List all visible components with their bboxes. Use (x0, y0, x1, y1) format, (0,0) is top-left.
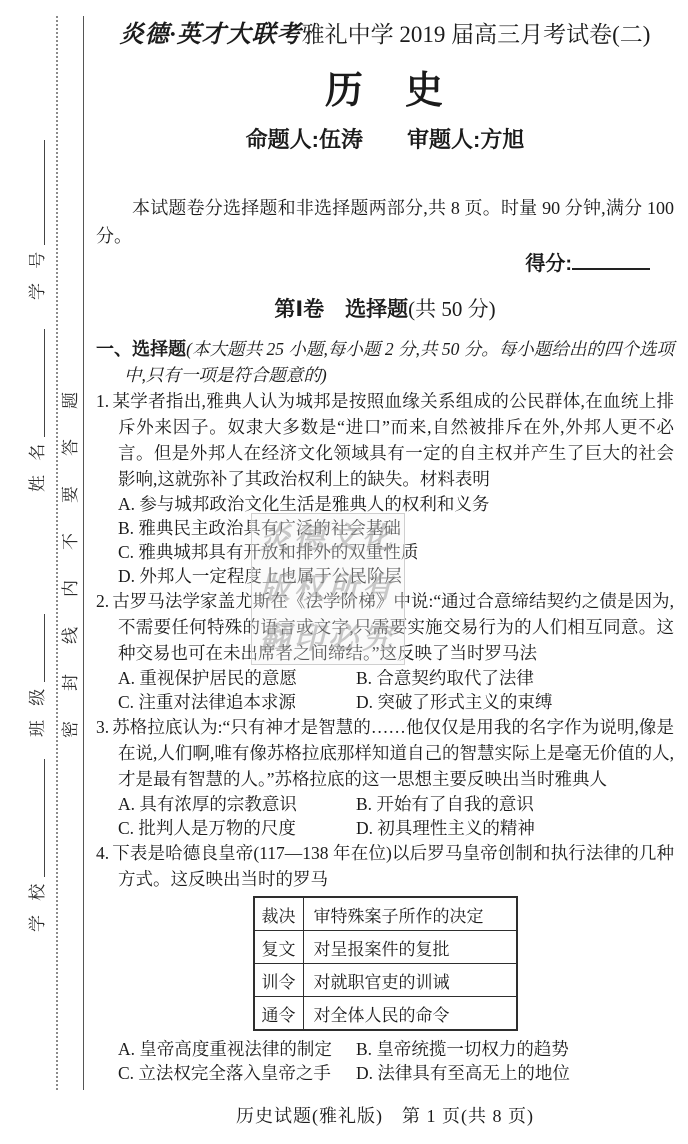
seal-dotted-line (56, 16, 58, 1090)
option-item: A. 重视保护居民的意愿 (118, 666, 356, 690)
margin-field-student-id: 学 号 (26, 140, 50, 300)
table-cell: 对全体人民的命令 (303, 997, 517, 1031)
table-cell: 通令 (254, 997, 304, 1031)
question-stem: 2.古罗马法学家盖尤斯在《法学阶梯》中说:“通过合意缔结契约之债是因为,不需要任… (96, 588, 674, 666)
section-title-bold: 第Ⅰ卷 选择题 (274, 298, 408, 321)
option-item: D. 突破了形式主义的束缚 (356, 690, 674, 714)
table-cell: 训令 (254, 964, 304, 997)
option-item: C. 注重对法律追本求源 (118, 690, 356, 714)
question-number: 3. (96, 717, 109, 737)
exam-page: 学 号 姓 名 班 级 学 校 密封线内不要答题 炎德文化 版权所有 翻印必究 … (0, 0, 688, 1144)
table-row: 训令 对就职官吏的训诫 (254, 964, 517, 997)
question-block-heading: 一、选择题(本大题共 25 小题,每小题 2 分,共 50 分。每小题给出的四个… (96, 336, 674, 388)
question-number: 2. (96, 591, 109, 611)
option-item: D. 初具理性主义的精神 (356, 816, 674, 840)
exam-content: 炎德·英才大联考雅礼中学 2019 届高三月考试卷(二) 历 史 命题人:伍涛 … (96, 0, 674, 1085)
question-stem: 1.某学者指出,雅典人认为城邦是按照血缘关系组成的公民群体,在血统上排斥外来因子… (96, 388, 674, 492)
question-options: A. 参与城邦政治文化生活是雅典人的权利和义务 B. 雅典民主政治具有广泛的社会… (96, 492, 674, 588)
page-border-line (83, 16, 84, 1090)
option-item: C. 雅典城邦具有开放和排外的双重性质 (118, 540, 674, 564)
exam-series-title: 炎德·英才大联考雅礼中学 2019 届高三月考试卷(二) (96, 18, 674, 52)
question-text: 某学者指出,雅典人认为城邦是按照血缘关系组成的公民群体,在血统上排斥外来因子。奴… (112, 391, 674, 489)
subject-title: 历 史 (96, 68, 674, 114)
option-item: C. 批判人是万物的尺度 (118, 816, 356, 840)
question-2: 2.古罗马法学家盖尤斯在《法学阶梯》中说:“通过合意缔结契约之债是因为,不需要任… (96, 588, 674, 714)
table-cell: 审特殊案子所作的决定 (303, 897, 517, 931)
table-row: 复文 对呈报案件的复批 (254, 931, 517, 964)
question-options: A. 具有浓厚的宗教意识 B. 开始有了自我的意识 C. 批判人是万物的尺度 D… (96, 792, 674, 840)
option-item: A. 具有浓厚的宗教意识 (118, 792, 356, 816)
table-row: 裁决 审特殊案子所作的决定 (254, 897, 517, 931)
block-title: 一、选择题 (96, 339, 186, 359)
section-title-rest: (共 50 分) (408, 297, 496, 321)
table-cell: 裁决 (254, 897, 304, 931)
class-label: 班 级 (28, 684, 47, 737)
law-methods-table: 裁决 审特殊案子所作的决定 复文 对呈报案件的复批 训令 对就职官吏的训诫 通令… (253, 896, 518, 1031)
question-1: 1.某学者指出,雅典人认为城邦是按照血缘关系组成的公民群体,在血统上排斥外来因子… (96, 388, 674, 588)
question-3: 3.苏格拉底认为:“只有神才是智慧的……他仅仅是用我的名字作为说明,像是在说,人… (96, 714, 674, 840)
seal-notice-text: 密封线内不要答题 (59, 362, 83, 738)
student-id-label: 学 号 (28, 247, 47, 300)
brand-name: 炎德·英才大联考 (120, 22, 302, 48)
question-options: A. 皇帝高度重视法律的制定 B. 皇帝统揽一切权力的趋势 C. 立法权完全落入… (96, 1037, 674, 1085)
margin-field-class: 班 级 (26, 614, 50, 737)
option-item: A. 皇帝高度重视法律的制定 (118, 1037, 356, 1061)
page-footer: 历史试题(雅礼版) 第 1 页(共 8 页) (96, 1104, 674, 1128)
name-label: 姓 名 (28, 439, 47, 492)
table-cell: 复文 (254, 931, 304, 964)
margin-field-school: 学 校 (26, 759, 50, 932)
question-4: 4.下表是哈德良皇帝(117—138 年在位)以后罗马皇帝创制和执行法律的几种方… (96, 840, 674, 1085)
question-number: 1. (96, 391, 109, 411)
section-title: 第Ⅰ卷 选择题(共 50 分) (96, 293, 674, 326)
student-id-blank-line (28, 140, 45, 245)
question-stem: 3.苏格拉底认为:“只有神才是智慧的……他仅仅是用我的名字作为说明,像是在说,人… (96, 714, 674, 792)
setters-line: 命题人:伍涛 审题人:方旭 (96, 126, 674, 154)
intro-paragraph: 本试题卷分选择题和非选择题两部分,共 8 页。时量 90 分钟,满分 100 分… (96, 194, 674, 250)
score-row: 得分: (96, 250, 674, 279)
option-item: A. 参与城邦政治文化生活是雅典人的权利和义务 (118, 492, 674, 516)
table-row: 通令 对全体人民的命令 (254, 997, 517, 1031)
question-number: 4. (96, 843, 109, 863)
school-blank-line (28, 759, 45, 877)
option-item: C. 立法权完全落入皇帝之手 (118, 1061, 356, 1085)
score-label: 得分: (525, 253, 572, 275)
question-text: 古罗马法学家盖尤斯在《法学阶梯》中说:“通过合意缔结契约之债是因为,不需要任何特… (112, 591, 674, 663)
block-note: (本大题共 25 小题,每小题 2 分,共 50 分。每小题给出的四个选项中,只… (124, 339, 674, 385)
option-item: B. 皇帝统揽一切权力的趋势 (356, 1037, 674, 1061)
option-item: D. 外邦人一定程度上也属于公民阶层 (118, 564, 674, 588)
exam-title-text: 雅礼中学 2019 届高三月考试卷(二) (302, 22, 651, 47)
option-item: D. 法律具有至高无上的地位 (356, 1061, 674, 1085)
option-item: B. 雅典民主政治具有广泛的社会基础 (118, 516, 674, 540)
table-cell: 对就职官吏的训诫 (303, 964, 517, 997)
question-text: 苏格拉底认为:“只有神才是智慧的……他仅仅是用我的名字作为说明,像是在说,人们啊… (112, 717, 674, 789)
score-blank-line (572, 250, 650, 270)
option-item: B. 开始有了自我的意识 (356, 792, 674, 816)
name-blank-line (28, 329, 45, 437)
question-stem: 4.下表是哈德良皇帝(117—138 年在位)以后罗马皇帝创制和执行法律的几种方… (96, 840, 674, 892)
option-item: B. 合意契约取代了法律 (356, 666, 674, 690)
class-blank-line (28, 614, 45, 682)
school-label: 学 校 (28, 879, 47, 932)
table-cell: 对呈报案件的复批 (303, 931, 517, 964)
question-text: 下表是哈德良皇帝(117—138 年在位)以后罗马皇帝创制和执行法律的几种方式。… (112, 843, 674, 889)
question-options: A. 重视保护居民的意愿 B. 合意契约取代了法律 C. 注重对法律追本求源 D… (96, 666, 674, 714)
margin-field-name: 姓 名 (26, 329, 50, 492)
